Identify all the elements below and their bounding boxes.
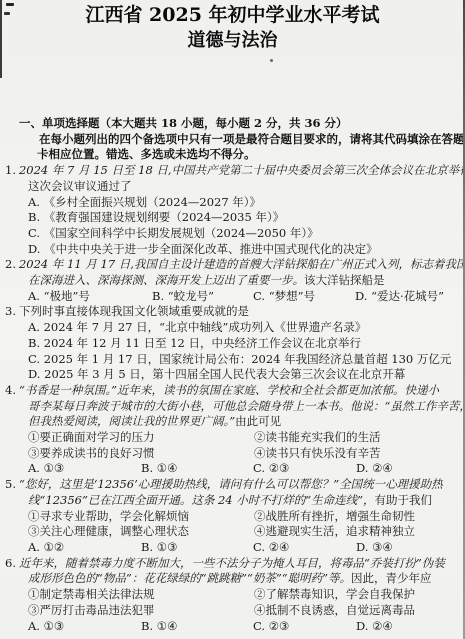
options-row: A. “极地”号B. “蛟龙号”C. “梦想”号D. “爱达·花城号”	[28, 289, 465, 305]
numbered-statement: ③关注心理健康，调整心理状态	[28, 524, 254, 540]
answer-choice: A. ①②	[28, 540, 141, 556]
question-1: 1.2024 年 7 月 15 日至 18 日,中国共产党第二十届中央委员会第三…	[0, 163, 465, 257]
exam-title: 江西省 2025 年初中学业水平考试	[0, 0, 465, 28]
question-number: 6.	[5, 556, 16, 570]
question-number: 1.	[5, 163, 16, 177]
numbered-statement: ④读书只有快乐没有辛苦	[254, 446, 465, 462]
option: A. 2024 年 7 月 27 日，“北京中轴线”成功列入《世界遗产名录》	[28, 320, 465, 336]
stem-narrative: 2024 年 11 月 17 日,我国自主设计建造的首艘大洋钻探船在广州正式入列…	[19, 257, 465, 287]
statement-row: ③要养成读书的良好习惯④读书只有快乐没有辛苦	[28, 446, 465, 462]
stem-narrative: 2024 年 7 月 15 日至 18 日,中国共产党第二十届中央委员会第三次全…	[19, 163, 465, 177]
numbered-statement: ①寻求专业帮助，学会化解烦恼	[28, 509, 254, 525]
exam-body: 一、单项选择题（本大题共 18 小题，每小题 2 分，共 36 分） 在每小题列…	[0, 116, 465, 634]
option: B. 《教育强国建设规划纲要（2024—2035 年）》	[28, 210, 465, 226]
option: D. 《中共中央关于进一步全面深化改革、推进中国式现代化的决定》	[28, 242, 465, 258]
answer-choice: B. ①④	[141, 461, 253, 477]
answer-choice: C. ②③	[253, 461, 356, 477]
question-number: 2.	[5, 257, 16, 271]
scan-artifact-dash	[6, 3, 14, 6]
stem-question: 因此，青少年应	[351, 571, 432, 585]
question-5: 5.“您好，这里是‘12356’心理援助热线，请问有什么可以帮您？”全国统一心理…	[0, 477, 465, 556]
scan-artifact-left-strip	[0, 0, 2, 78]
instruction-line: 在每小题列出的四个备选项中只有一项是最符合题目要求的，请将其代码填涂在答题	[39, 132, 465, 148]
answer-choice: B. ①④	[141, 619, 253, 635]
question-4: 4.“书香是一种氛围。”近年来，读书的氛围在家庭、学校和全社会都更加浓郁。快递小…	[0, 383, 465, 477]
question-number: 3.	[5, 304, 16, 318]
question-stem: 6.近年来，随着禁毒力度不断加大，一些不法分子为掩人耳目，将毒品“乔装打扮”伪装…	[28, 556, 465, 587]
stem-question: 这次会议审议通过了	[28, 179, 132, 193]
scan-artifact-dash	[4, 12, 10, 15]
answer-choice: B. ①③	[141, 540, 253, 556]
numbered-statement: ①要正确面对学习的压力	[28, 430, 254, 446]
questions: 1.2024 年 7 月 15 日至 18 日,中国共产党第二十届中央委员会第三…	[0, 163, 465, 634]
option: C. 2025 年 1 月 17 日，国家统计局公布：2024 年我国经济总量首…	[28, 352, 465, 368]
answer-choices-row: A. ①③B. ①④C. ②③D. ②④	[28, 461, 465, 477]
question-2: 2.2024 年 11 月 17 日,我国自主设计建造的首艘大洋钻探船在广州正式…	[0, 257, 465, 304]
answer-choice: D. ②④	[356, 619, 465, 635]
question-6: 6.近年来，随着禁毒力度不断加大，一些不法分子为掩人耳目，将毒品“乔装打扮”伪装…	[0, 556, 465, 635]
answer-choice: D. ②④	[356, 461, 465, 477]
question-stem: 3.下列时事直接体现我国文化领域重要成就的是	[28, 304, 465, 320]
section-instruction: 在每小题列出的四个备选项中只有一项是最符合题目要求的，请将其代码填涂在答题 卡相…	[0, 132, 465, 163]
exam-paper-page: 江西省 2025 年初中学业水平考试 道德与法治 一、单项选择题（本大题共 18…	[0, 0, 465, 639]
stem-question: 由此可见	[235, 414, 281, 428]
option: B. “蛟龙号”	[152, 289, 253, 305]
stem-question: 有助于我们	[375, 493, 433, 507]
instruction-line: 卡相应位置。错选、多选或未选均不得分。	[37, 147, 465, 163]
stem-question: 下列时事直接体现我国文化领域重要成就的是	[19, 304, 249, 318]
stem-question: 该大洋钻探船是	[304, 273, 385, 287]
option: A. 《乡村全面振兴规划（2024—2027 年）》	[28, 195, 465, 211]
numbered-statement: ④抵制不良诱惑，自觉远离毒品	[254, 603, 465, 619]
scan-artifact-dot	[270, 59, 273, 62]
answer-choices-row: A. ①②B. ①③C. ②④D. ③④	[28, 540, 465, 556]
option: C. 《国家空间科学中长期发展规划（2024—2050 年）》	[28, 226, 465, 242]
answer-choice: A. ①③	[28, 619, 141, 635]
numbered-statement: ②战胜所有挫折，增强生命韧性	[254, 509, 465, 525]
statement-row: ①寻求专业帮助，学会化解烦恼②战胜所有挫折，增强生命韧性	[28, 509, 465, 525]
statement-row: ①制定禁毒相关法律法规②了解禁毒知识，学会自我保护	[28, 587, 465, 603]
answer-choice: D. ③④	[356, 540, 465, 556]
question-stem: 2.2024 年 11 月 17 日,我国自主设计建造的首艘大洋钻探船在广州正式…	[28, 257, 465, 288]
answer-choice: A. ①③	[28, 461, 141, 477]
statement-row: ①要正确面对学习的压力②读书能充实我们的生活	[28, 430, 465, 446]
numbered-statement: ①制定禁毒相关法律法规	[28, 587, 254, 603]
numbered-statement: ②读书能充实我们的生活	[254, 430, 465, 446]
numbered-statement: ③严厉打击毒品违法犯罪	[28, 603, 254, 619]
option: C. “梦想”号	[253, 289, 355, 305]
option: A. “极地”号	[28, 289, 152, 305]
statement-row: ③关注心理健康，调整心理状态④逃避现实生活，追求精神独立	[28, 524, 465, 540]
option: B. 2024 年 12 月 11 日至 12 日，中央经济工作会议在北京举行	[28, 336, 465, 352]
answer-choices-row: A. ①③B. ①④C. ②③D. ②④	[28, 619, 465, 635]
section-heading: 一、单项选择题（本大题共 18 小题，每小题 2 分，共 36 分）	[19, 116, 465, 132]
numbered-statement: ②了解禁毒知识，学会自我保护	[254, 587, 465, 603]
statement-row: ③严厉打击毒品违法犯罪④抵制不良诱惑，自觉远离毒品	[28, 603, 465, 619]
question-3: 3.下列时事直接体现我国文化领域重要成就的是A. 2024 年 7 月 27 日…	[0, 304, 465, 383]
question-number: 4.	[5, 383, 16, 397]
answer-choice: C. ②④	[253, 540, 356, 556]
numbered-statement: ③要养成读书的良好习惯	[28, 446, 254, 462]
question-stem: 5.“您好，这里是‘12356’心理援助热线，请问有什么可以帮您？”全国统一心理…	[28, 477, 465, 508]
numbered-statement: ④逃避现实生活，追求精神独立	[254, 524, 465, 540]
question-stem: 4.“书香是一种氛围。”近年来，读书的氛围在家庭、学校和全社会都更加浓郁。快递小…	[28, 383, 465, 430]
option: D. “爱达·花城号”	[355, 289, 465, 305]
option: D. 2025 年 3 月 5 日，第十四届全国人民代表大会第三次会议在北京开幕	[28, 367, 465, 383]
question-stem: 1.2024 年 7 月 15 日至 18 日,中国共产党第二十届中央委员会第三…	[28, 163, 465, 194]
exam-subject-title: 道德与法治	[0, 29, 465, 53]
question-number: 5.	[5, 477, 16, 491]
answer-choice: C. ②③	[253, 619, 356, 635]
